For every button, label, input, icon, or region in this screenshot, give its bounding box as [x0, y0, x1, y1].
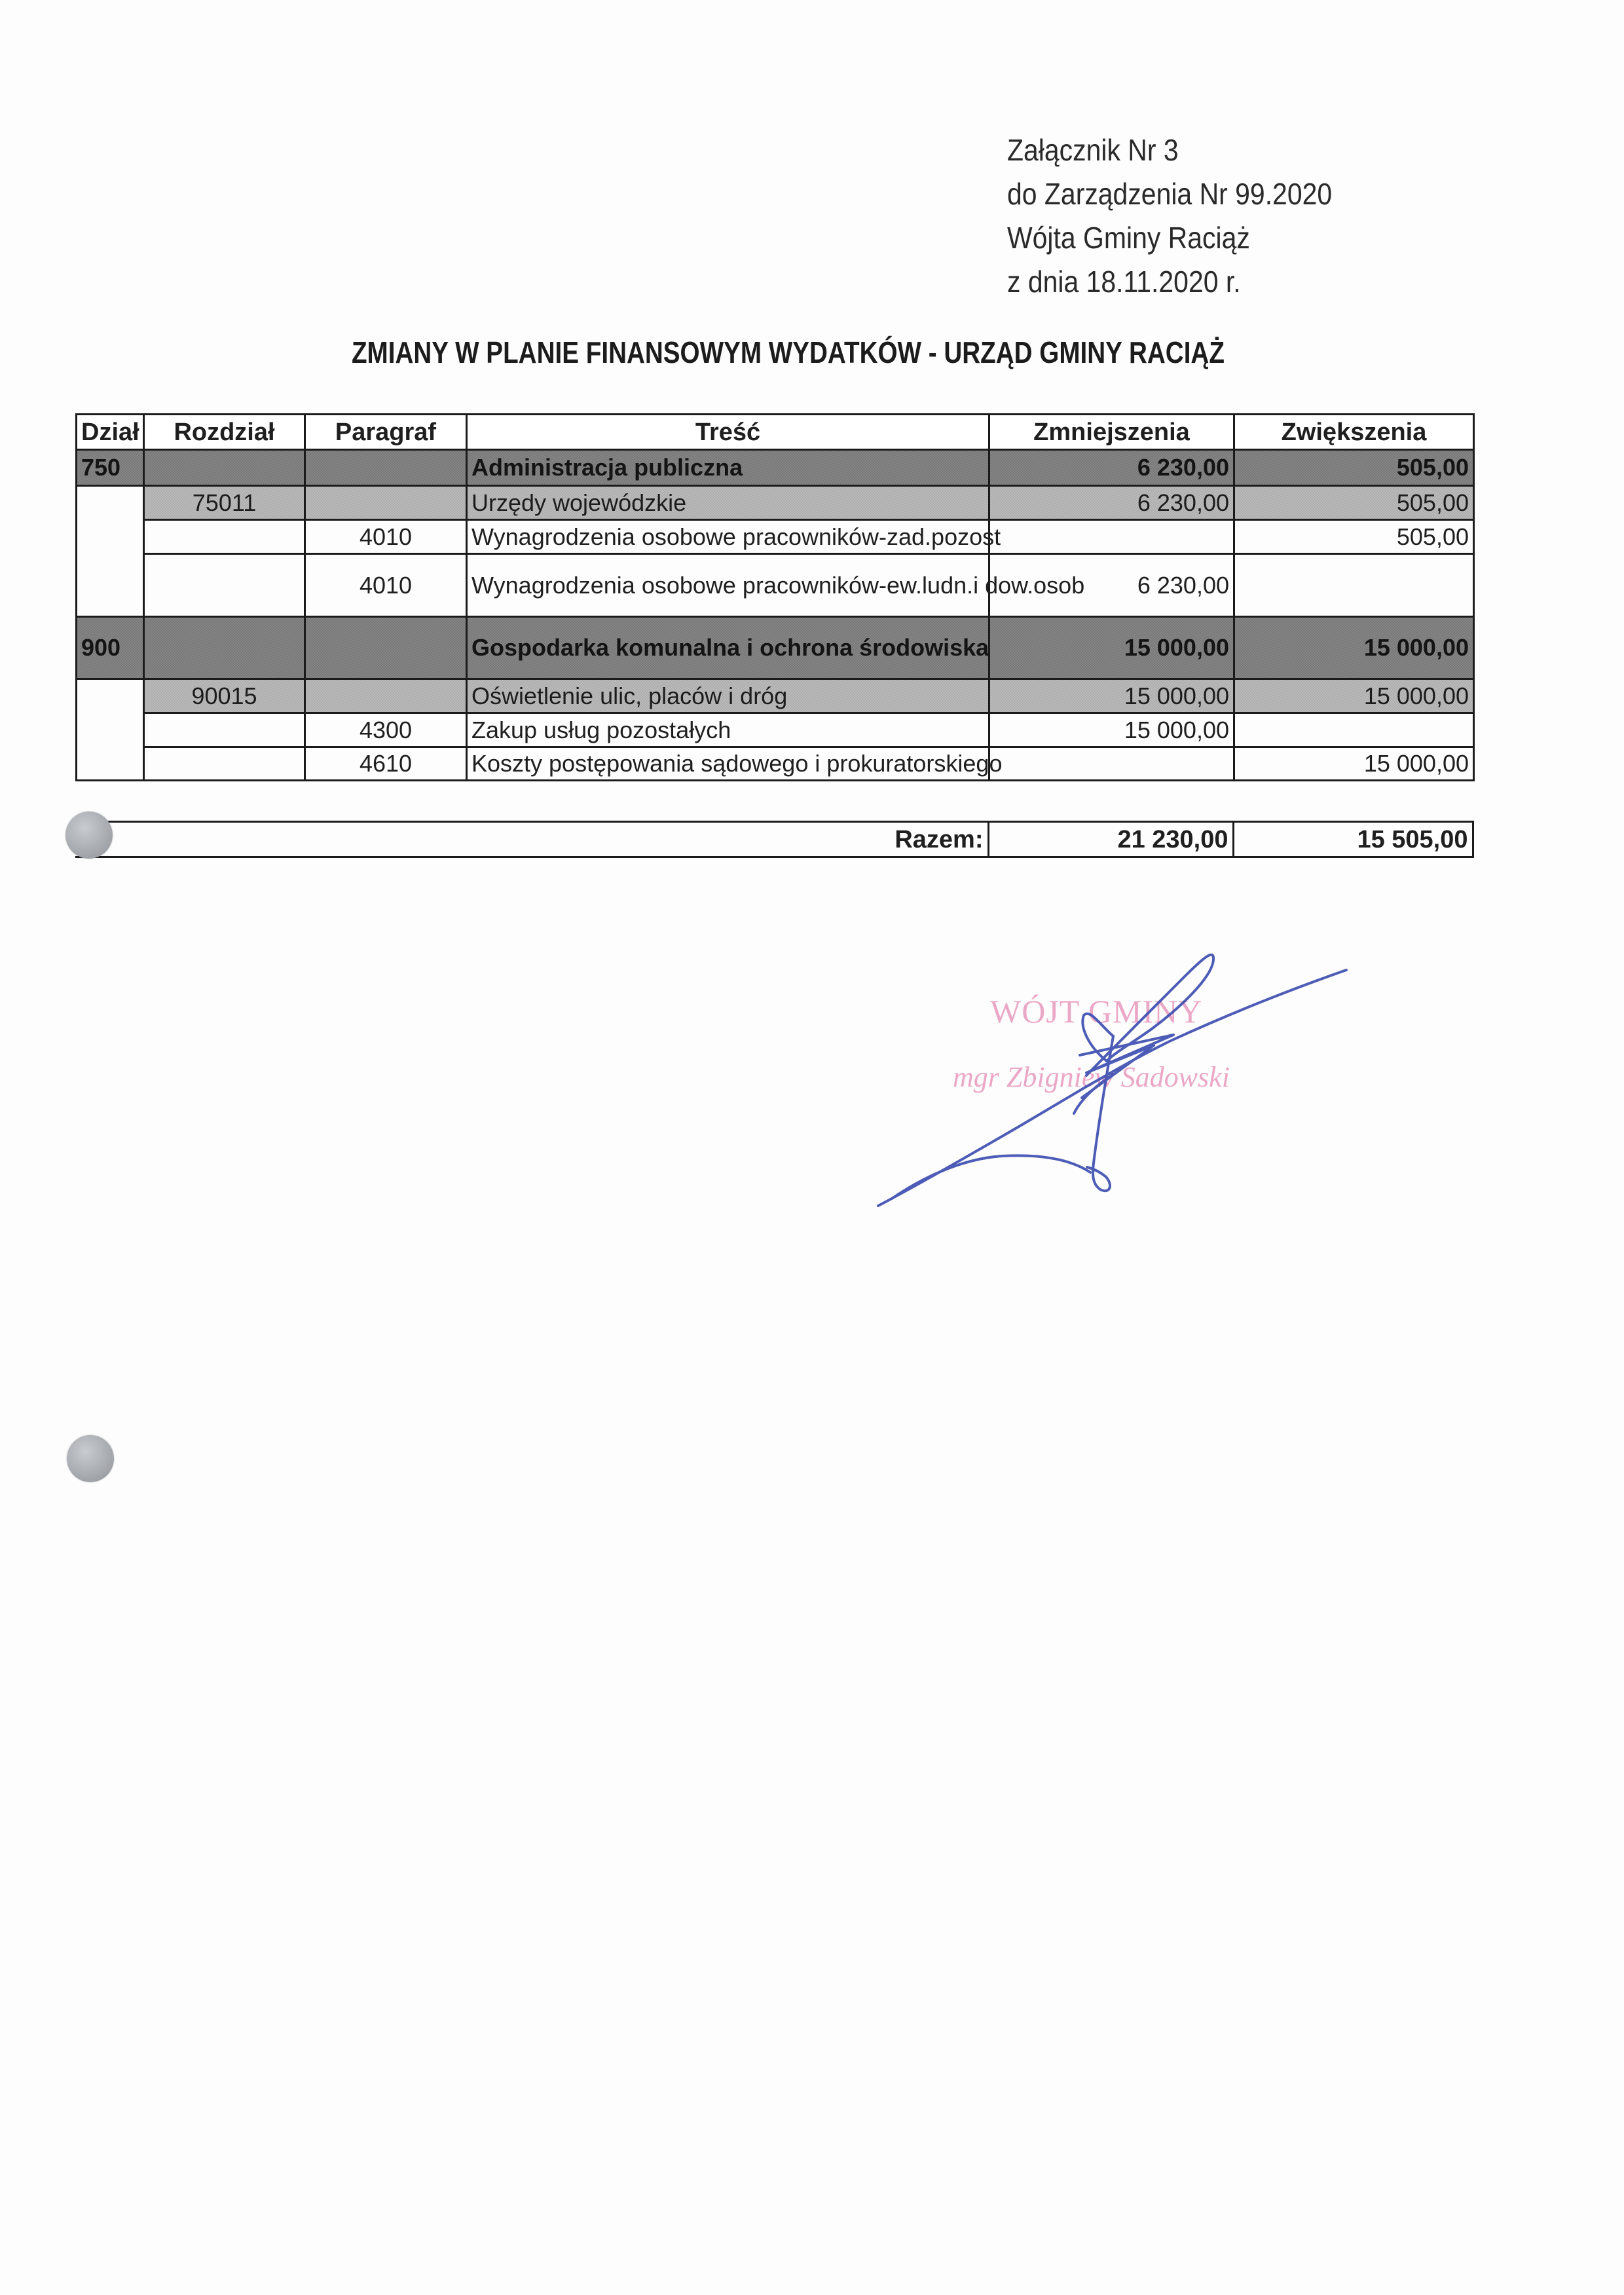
column-header-rozdzial: Rozdział: [144, 415, 305, 450]
cell-rozdzial: 90015: [144, 679, 305, 713]
cell-rozdzial: [144, 554, 305, 617]
cell-zmniejszenia: 15 000,00: [989, 713, 1234, 747]
cell-rozdzial: [144, 617, 305, 679]
total-row-table: Razem: 21 230,00 15 505,00: [75, 821, 1474, 858]
total-row: Razem: 21 230,00 15 505,00: [75, 822, 1473, 857]
expense-plan-table: Dział Rozdział Paragraf Treść Zmniejszen…: [75, 413, 1475, 781]
cell-zmniejszenia: 15 000,00: [989, 617, 1234, 679]
cell-zwiekszenia: 505,00: [1234, 486, 1474, 520]
cell-tresc: Zakup usług pozostałych: [467, 713, 989, 747]
issue-date: z dnia 18.11.2020 r.: [1007, 260, 1372, 304]
cell-paragraf: 4010: [305, 554, 467, 617]
table-row-rozdzial: 90015 Oświetlenie ulic, placów i dróg 15…: [77, 679, 1474, 713]
cell-zmniejszenia: [989, 747, 1234, 781]
cell-zwiekszenia: 505,00: [1234, 520, 1474, 554]
table-row-paragraf: 4010 Wynagrodzenia osobowe pracowników-z…: [77, 520, 1474, 554]
table-row-dzial: 750 Administracja publiczna 6 230,00 505…: [77, 450, 1474, 486]
issuer: Wójta Gminy Raciąż: [1007, 216, 1372, 260]
cell-zwiekszenia: [1234, 554, 1474, 617]
cell-zmniejszenia: 15 000,00: [989, 679, 1234, 713]
cell-zmniejszenia: 6 230,00: [989, 450, 1234, 486]
cell-zwiekszenia: 15 000,00: [1234, 747, 1474, 781]
attachment-header: Załącznik Nr 3 do Zarządzenia Nr 99.2020…: [1007, 128, 1372, 304]
cell-rozdzial: [144, 713, 305, 747]
cell-tresc: Wynagrodzenia osobowe pracowników-zad.po…: [467, 520, 989, 554]
cell-paragraf: [305, 450, 467, 486]
stamp-name: mgr Zbigniew Sadowski: [953, 1063, 1230, 1092]
total-label: Razem:: [75, 822, 988, 857]
column-header-paragraf: Paragraf: [305, 415, 467, 450]
cell-tresc: Administracja publiczna: [467, 450, 989, 486]
cell-rozdzial: [144, 747, 305, 781]
cell-zmniejszenia: [989, 520, 1234, 554]
cell-dzial-span: [77, 486, 144, 617]
cell-tresc: Urzędy wojewódzkie: [467, 486, 989, 520]
cell-paragraf: [305, 679, 467, 713]
attachment-number-text: Załącznik Nr 3: [1007, 128, 1179, 172]
cell-zwiekszenia: 505,00: [1234, 450, 1474, 486]
document-title: ZMIANY W PLANIE FINANSOWYM WYDATKÓW - UR…: [0, 333, 1576, 372]
ordinance-reference: do Zarządzenia Nr 99.2020: [1007, 172, 1372, 216]
cell-paragraf: 4610: [305, 747, 467, 781]
table-row-rozdzial: 75011 Urzędy wojewódzkie 6 230,00 505,00: [77, 486, 1474, 520]
cell-dzial: 750: [77, 450, 144, 486]
cell-tresc: Gospodarka komunalna i ochrona środowisk…: [467, 617, 989, 679]
punch-hole: [65, 812, 113, 859]
cell-dzial-span: [77, 679, 144, 781]
cell-dzial: 900: [77, 617, 144, 679]
cell-zwiekszenia: [1234, 713, 1474, 747]
table-row-paragraf: 4300 Zakup usług pozostałych 15 000,00: [77, 713, 1474, 747]
cell-zwiekszenia: 15 000,00: [1234, 679, 1474, 713]
cell-paragraf: 4300: [305, 713, 467, 747]
column-header-dzial: Dział: [77, 415, 144, 450]
ordinance-reference-text: do Zarządzenia Nr 99.2020: [1007, 172, 1332, 216]
issue-date-text: z dnia 18.11.2020 r.: [1007, 260, 1241, 304]
total-zwiekszenia: 15 505,00: [1233, 822, 1473, 857]
column-header-tresc: Treść: [467, 415, 989, 450]
cell-tresc: Koszty postępowania sądowego i prokurato…: [467, 747, 989, 781]
table-row-paragraf: 4010 Wynagrodzenia osobowe pracowników-e…: [77, 554, 1474, 617]
issuer-text: Wójta Gminy Raciąż: [1007, 216, 1250, 260]
cell-zmniejszenia: 6 230,00: [989, 486, 1234, 520]
cell-paragraf: [305, 486, 467, 520]
table-header-row: Dział Rozdział Paragraf Treść Zmniejszen…: [77, 415, 1474, 450]
cell-rozdzial: [144, 450, 305, 486]
cell-zwiekszenia: 15 000,00: [1234, 617, 1474, 679]
cell-paragraf: [305, 617, 467, 679]
cell-tresc: Oświetlenie ulic, placów i dróg: [467, 679, 989, 713]
column-header-zmniejszenia: Zmniejszenia: [989, 415, 1234, 450]
column-header-zwiekszenia: Zwiększenia: [1234, 415, 1474, 450]
cell-tresc: Wynagrodzenia osobowe pracowników-ew.lud…: [467, 554, 989, 617]
total-zmniejszenia: 21 230,00: [988, 822, 1233, 857]
document-title-text: ZMIANY W PLANIE FINANSOWYM WYDATKÓW - UR…: [351, 333, 1224, 372]
cell-paragraf: 4010: [305, 520, 467, 554]
cell-rozdzial: 75011: [144, 486, 305, 520]
attachment-number: Załącznik Nr 3: [1007, 128, 1372, 172]
cell-rozdzial: [144, 520, 305, 554]
table-row-paragraf: 4610 Koszty postępowania sądowego i prok…: [77, 747, 1474, 781]
table-row-dzial: 900 Gospodarka komunalna i ochrona środo…: [77, 617, 1474, 679]
stamp-title: WÓJT GMINY: [990, 995, 1202, 1028]
punch-hole: [67, 1435, 114, 1482]
